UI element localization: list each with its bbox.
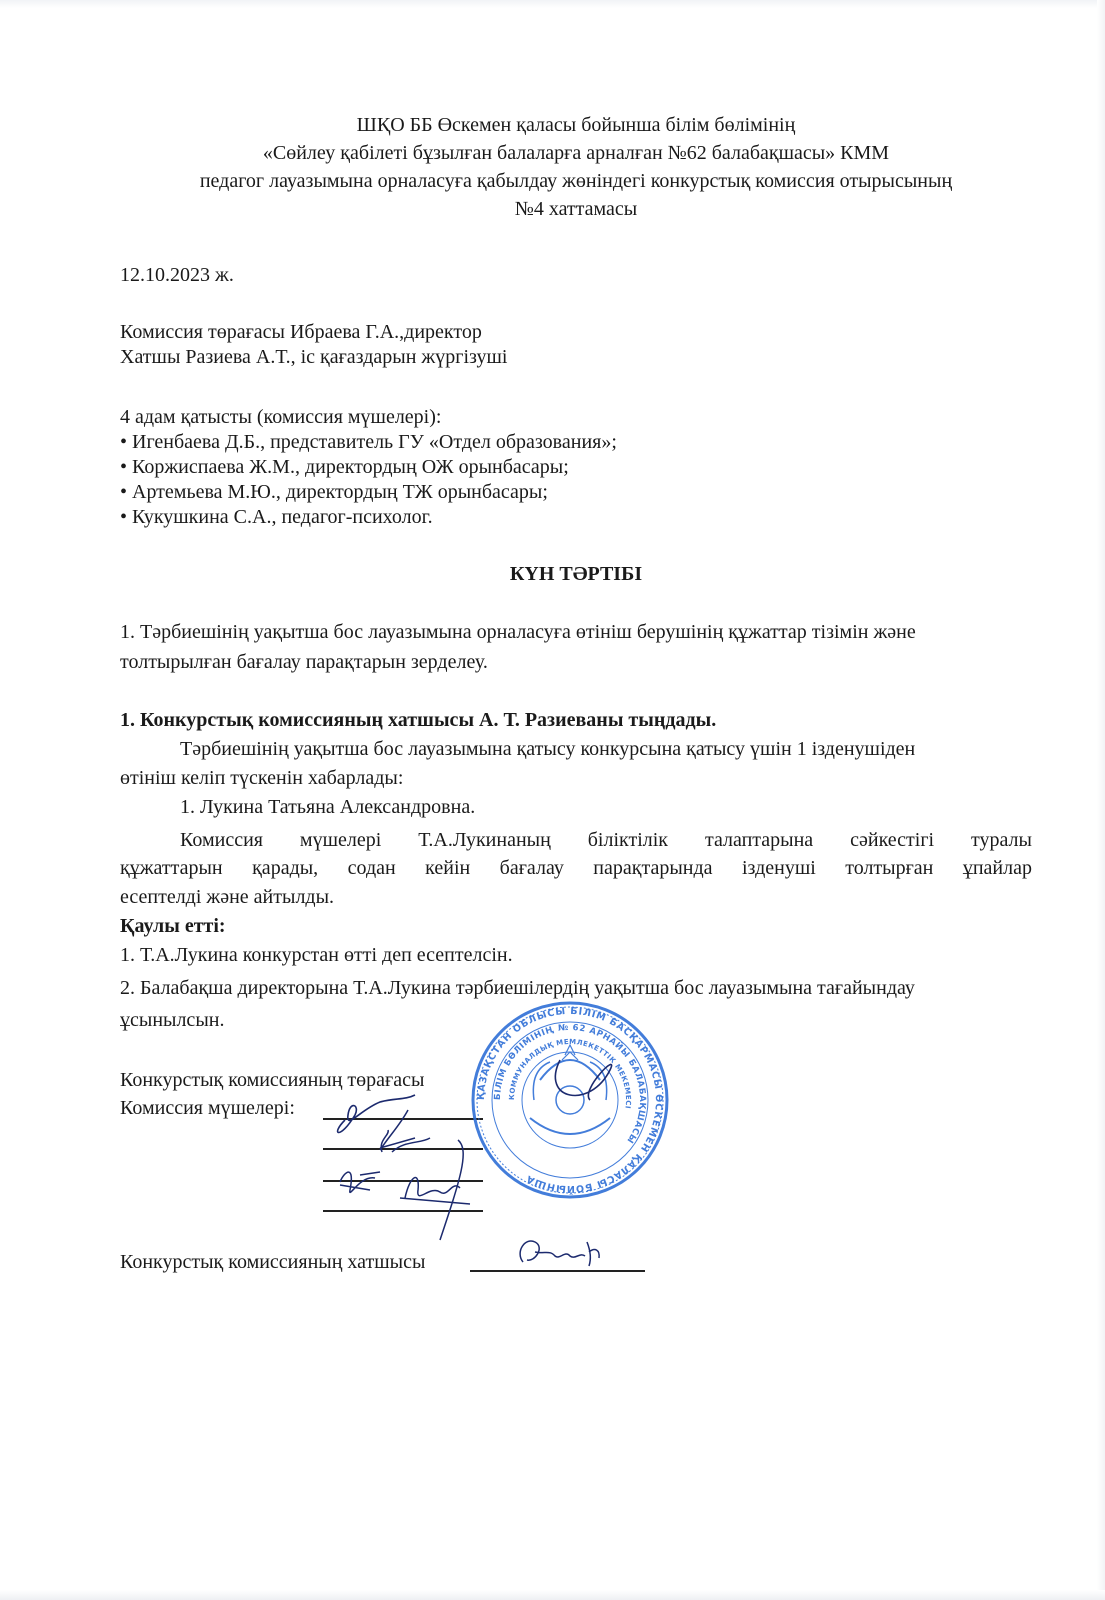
word: ұпайлар xyxy=(963,856,1032,880)
scan-edge-top xyxy=(0,0,1105,8)
resolution-item-2-line-2: ұсынылсын. xyxy=(120,1008,224,1032)
word: мүшелері xyxy=(300,828,381,852)
resolution-item-1: 1. Т.А.Лукина конкурстан өтті деп есепте… xyxy=(120,943,513,967)
header-line-3: педагог лауазымына орналасуға қабылдау ж… xyxy=(120,169,1032,193)
section-1-para-2-line-1: Комиссия мүшелері Т.А.Лукинаның біліктіл… xyxy=(120,828,1032,852)
attendance-member: • Кукушкина С.А., педагог-психолог. xyxy=(120,505,433,529)
signature-secretary-icon xyxy=(515,1232,625,1272)
scan-edge-right xyxy=(1097,0,1105,1600)
section-1-para-2-line-2: құжаттарын қарады, содан кейін бағалау п… xyxy=(120,856,1032,880)
word: сәйкестігі xyxy=(850,828,934,852)
word: қарады, xyxy=(252,856,318,880)
resolution-title: Қаулы етті: xyxy=(120,914,226,938)
word: Т.А.Лукинаның xyxy=(418,828,551,852)
word: құжаттарын xyxy=(120,856,223,880)
header-line-2: «Сөйлеу қабілеті бұзылған балаларға арна… xyxy=(120,141,1032,165)
word: талаптарына xyxy=(705,828,813,852)
commission-secretary: Хатшы Разиева А.Т., іс қағаздарын жүргіз… xyxy=(120,345,507,369)
attendance-member: • Игенбаева Д.Б., представитель ГУ «Отде… xyxy=(120,430,617,454)
signature-chair-icon xyxy=(320,1080,520,1260)
word: Комиссия xyxy=(180,828,263,852)
section-1-para-1-line-1: Тәрбиешінің уақытша бос лауазымына қатыс… xyxy=(120,737,915,761)
attendance-member: • Коржиспаева Ж.М., директордың ОЖ орынб… xyxy=(120,455,569,479)
agenda-item-1-line-2: толтырылған бағалау парақтарын зерделеу. xyxy=(120,650,488,674)
word: біліктілік xyxy=(588,828,668,852)
section-1-para-2-line-3: есептелді және айтылды. xyxy=(120,885,334,909)
word: туралы xyxy=(971,828,1032,852)
header-line-1: ШҚО ББ Өскемен қаласы бойынша білім бөлі… xyxy=(120,113,1032,137)
attendance-heading: 4 адам қатысты (комиссия мүшелері): xyxy=(120,405,441,429)
word: бағалау xyxy=(500,856,564,880)
agenda-item-1-line-1: 1. Тәрбиешінің уақытша бос лауазымына ор… xyxy=(120,620,916,644)
document-date: 12.10.2023 ж. xyxy=(120,263,234,287)
resolution-item-2-line-1: 2. Балабақша директорына Т.А.Лукина тәрб… xyxy=(120,976,915,1000)
attendance-member: • Артемьева М.Ю., директордың ТЖ орынбас… xyxy=(120,480,548,504)
word: толтырған xyxy=(845,856,933,880)
document-number: №4 хаттамасы xyxy=(120,197,1032,221)
candidate-name: 1. Лукина Татьяна Александровна. xyxy=(120,795,475,819)
members-signature-label: Комиссия мүшелері: xyxy=(120,1096,295,1120)
section-1-title: 1. Конкурстық комиссияның хатшысы А. Т. … xyxy=(120,708,716,732)
word: парақтарында xyxy=(593,856,712,880)
scan-edge-bottom xyxy=(0,1590,1105,1600)
word: содан xyxy=(348,856,396,880)
section-1-para-1-line-2: өтініш келіп түскенін хабарлады: xyxy=(120,766,403,790)
word: ізденуші xyxy=(742,856,816,880)
word: кейін xyxy=(425,856,470,880)
agenda-title: КҮН ТӘРТІБІ xyxy=(120,562,1032,586)
commission-chair: Комиссия төрағасы Ибраева Г.А.,директор xyxy=(120,320,482,344)
